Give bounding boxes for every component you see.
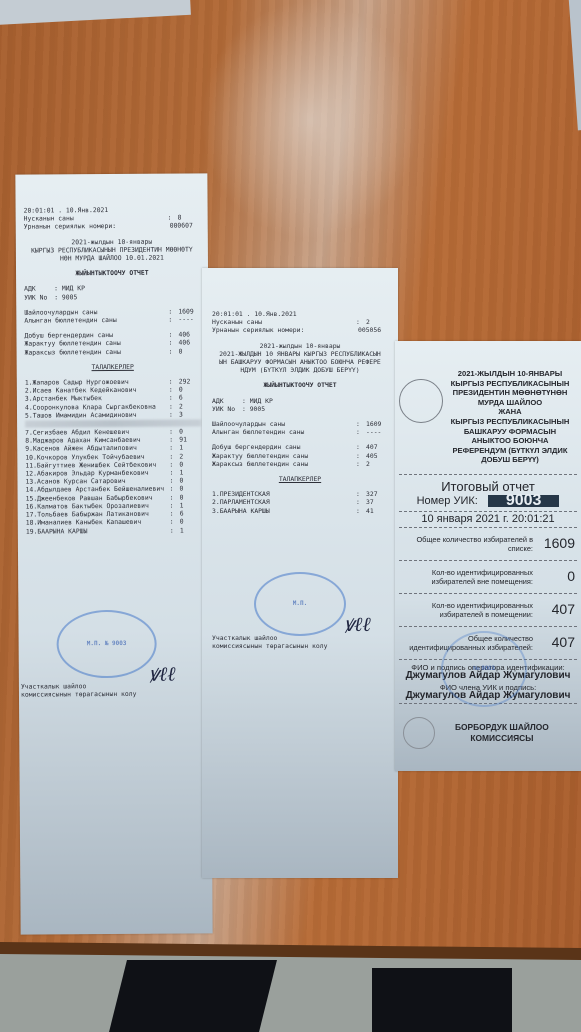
report-title: ЖЫЙЫНТЫКТООЧУ ОТЧЕТ [24, 269, 200, 278]
receipt-datetime: 20:01:01 . 10.Янв.2021 [212, 310, 388, 318]
invalid-label: Жараксыз бюллетендин саны [212, 460, 356, 468]
voters-value: 1609 [366, 420, 388, 428]
receipt-identification: 2021-ЖЫЛДЫН 10-ЯНВАРЫКЫРГЫЗ РЕСПУБЛИКАСЫ… [395, 341, 581, 771]
invalid-value: 0 [179, 347, 201, 355]
stat-row: Общее количество избирателей в списке:16… [395, 531, 581, 557]
voted-value: 406 [178, 331, 200, 339]
ballots-label: Алынган бюллетендин саны [24, 316, 168, 325]
ballots-value: ---- [366, 428, 388, 436]
signature-label: Участкалык шайлоо комиссиясынын төрагасы… [212, 634, 327, 650]
copy-value: 8 [178, 214, 200, 222]
adk-value: МИД КР [62, 285, 85, 293]
voters-value: 1609 [178, 307, 200, 315]
list-item-blurred [25, 419, 201, 427]
voted-value: 407 [366, 443, 388, 451]
receipt-presidential: 20:01:01 . 10.Янв.2021 Нусканын саны:8 У… [15, 173, 212, 934]
copy-value: 2 [366, 318, 388, 326]
receipt-header: 2021-ЖЫЛДЫН 10-ЯНВАРЫКЫРГЫЗ РЕСПУБЛИКАСЫ… [443, 369, 577, 465]
list-item: 2.ПАРЛАМЕНТСКАЯ:37 [212, 498, 388, 506]
adk-label: АДК [24, 285, 54, 293]
voters-label: Шайлоочулардын саны [212, 420, 356, 428]
ballots-value: ---- [178, 315, 200, 323]
stat-row: Кол-во идентифицированных избирателей в … [395, 597, 581, 623]
uik-label: Номер УИК: [417, 497, 478, 505]
stat-row: Кол-во идентифицированных избирателей вн… [395, 564, 581, 590]
leg-right [372, 968, 512, 1032]
report-title: Итоговый отчет [395, 483, 581, 491]
invalid-value: 2 [366, 460, 388, 468]
list-item: 1.ПРЕЗИДЕНТСКАЯ:327 [212, 490, 388, 498]
ballots-label: Алынган бюллетендин саны [212, 428, 356, 436]
adk-value: МИД КР [250, 397, 273, 405]
report-title: ЖЫЙЫНТЫКТООЧУ ОТЧЕТ [212, 381, 388, 389]
invalid-label: Жараксыз бюллетендин саны [25, 347, 169, 356]
light-glare [200, 0, 420, 240]
uik-label: УИК No [212, 405, 242, 413]
kyrgyz-emblem-icon [399, 379, 443, 423]
adk-label: АДК [212, 397, 242, 405]
receipt-referendum: 20:01:01 . 10.Янв.2021 Нусканын саны:2 У… [202, 268, 398, 878]
receipt-title: 2021-жылдын 10-январыКЫРГЫЗ РЕСПУБЛИКАСЫ… [24, 237, 200, 263]
serial-value: 005056 [358, 326, 388, 334]
signature: ꝟℓℓ [149, 670, 176, 678]
uik-value: 9005 [62, 293, 77, 301]
cec-logo-icon [403, 717, 435, 749]
stamp: № 9003 [441, 631, 527, 707]
signature: ꝟℓℓ [344, 620, 371, 628]
valid-label: Жарактуу бюллетендин саны [212, 452, 356, 460]
candidates-title: ТАЛАПКЕРЛЕР [25, 362, 201, 371]
candidates-list: 1.Жапаров Садыр Нургожоевич:2922.Исаев К… [25, 377, 202, 535]
voted-label: Добуш бергендердин саны [212, 443, 356, 451]
footer-text: БОРБОРДУК ШАЙЛООКОМИССИЯСЫ [455, 722, 549, 744]
uik-value: 9003 [488, 495, 560, 507]
uik-value: 9005 [250, 405, 265, 413]
report-date: 10 января 2021 г. 20:01:21 [395, 515, 581, 523]
serial-label: Урнанын сериялык номери: [212, 326, 358, 334]
options-title: ТАЛАПКЕРЛЕР [212, 475, 388, 483]
copy-label: Нусканын саны [212, 318, 356, 326]
serial-label: Урнанын сериялык номери: [24, 222, 170, 231]
leg-left [109, 960, 277, 1032]
list-item: 5.Ташов Имамидин Асамидинович:3 [25, 410, 201, 419]
list-item: 3.БААРЫНА КАРШЫ:41 [212, 507, 388, 515]
stamp: М.П. [254, 572, 346, 636]
list-item: 19.БААРЫНА КАРШЫ:1 [26, 526, 202, 535]
uik-label: УИК No [24, 293, 54, 301]
options-list: 1.ПРЕЗИДЕНТСКАЯ:3272.ПАРЛАМЕНТСКАЯ:373.Б… [212, 490, 388, 515]
receipt-title: 2021-жылдын 10-январы2021-ЖЫЛДЫН 10 ЯНВА… [212, 342, 388, 375]
valid-value: 406 [179, 339, 201, 347]
valid-value: 405 [366, 452, 388, 460]
stamp: М.П. № 9003 [56, 610, 156, 679]
signature-label: Участкалык шайлоо комиссиясынын төрагасы… [21, 682, 137, 699]
serial-value: 000607 [170, 222, 200, 230]
